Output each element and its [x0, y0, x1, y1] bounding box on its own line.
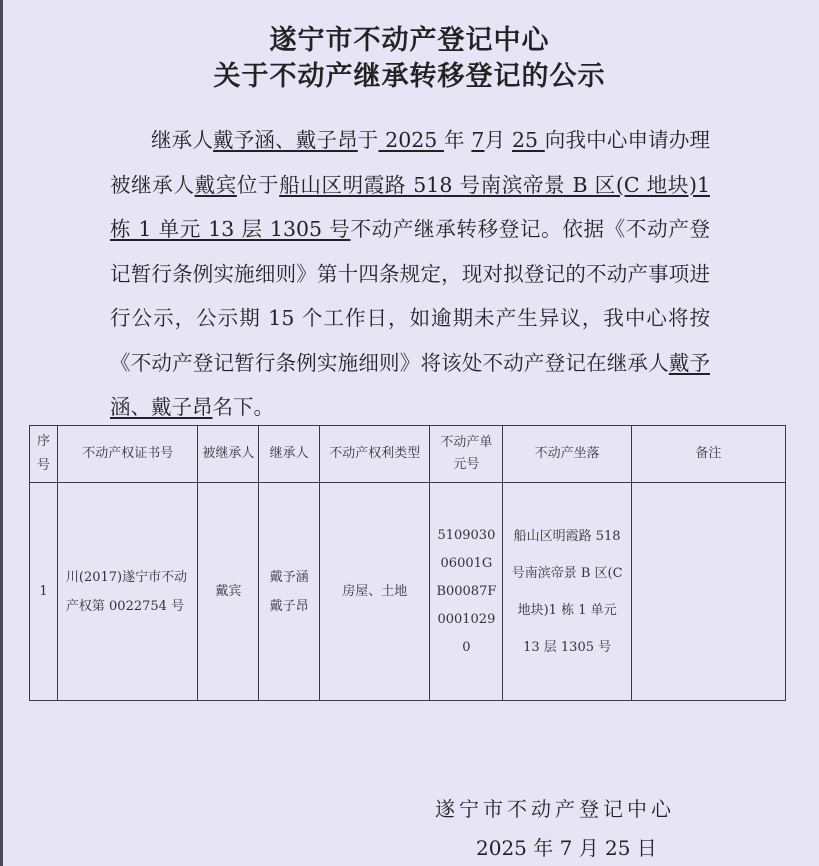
- header-remarks: 备注: [631, 426, 785, 483]
- page-left-edge: [0, 0, 3, 866]
- text-year-unit: 年: [444, 128, 465, 152]
- cell-right-type: 房屋、土地: [319, 483, 429, 701]
- cell-cert-no: 川(2017)遂宁市不动产权第 0022754 号: [57, 483, 198, 701]
- heirs-name: 戴予涵、戴子昂: [213, 128, 358, 152]
- apply-month: 7: [471, 128, 484, 152]
- header-decedent: 被继承人: [198, 426, 259, 483]
- header-location: 不动产坐落: [503, 426, 631, 483]
- apply-year: 2025: [378, 128, 444, 152]
- signature-org: 遂宁市不动产登记中心: [435, 793, 675, 822]
- property-table: 序号 不动产权证书号 被继承人 继承人 不动产权利类型 不动产单元号 不动产坐落…: [29, 425, 786, 701]
- header-cert-no: 不动产权证书号: [57, 426, 198, 483]
- cell-location: 船山区明霞路 518 号南滨帝景 B 区(C 地块)1 栋 1 单元 13 层 …: [503, 483, 631, 701]
- notice-paragraph: 继承人戴予涵、戴子昂于 2025 年 7月 25 向我中心申请办理被继承人戴宾位…: [110, 118, 710, 430]
- header-heir: 继承人: [259, 426, 320, 483]
- decedent-name: 戴宾: [195, 173, 237, 197]
- apply-day: 25: [512, 128, 545, 152]
- cell-remarks: [631, 483, 785, 701]
- header-unit-no: 不动产单元号: [430, 426, 503, 483]
- header-right-type: 不动产权利类型: [319, 426, 429, 483]
- table-row: 1 川(2017)遂宁市不动产权第 0022754 号 戴宾 戴予涵戴子昂 房屋…: [30, 483, 786, 701]
- cell-heirs: 戴予涵戴子昂: [259, 483, 320, 701]
- text-month-unit: 月: [484, 128, 505, 152]
- text-heir-label: 继承人: [151, 128, 213, 152]
- notice-body: 继承人戴予涵、戴子昂于 2025 年 7月 25 向我中心申请办理被继承人戴宾位…: [110, 118, 710, 430]
- text-end: 名下。: [213, 395, 275, 419]
- text-located-at: 位于: [237, 173, 279, 197]
- table-header-row: 序号 不动产权证书号 被继承人 继承人 不动产权利类型 不动产单元号 不动产坐落…: [30, 426, 786, 483]
- header-seq: 序号: [30, 426, 58, 483]
- text-yu: 于: [358, 128, 379, 152]
- cell-decedent: 戴宾: [198, 483, 259, 701]
- document-title: 遂宁市不动产登记中心: [0, 18, 819, 57]
- cell-seq: 1: [30, 483, 58, 701]
- cell-unit-no: 510903006001GB00087F00010290: [430, 483, 503, 701]
- signature-date: 2025 年 7 月 25 日: [476, 832, 657, 861]
- document-subtitle: 关于不动产继承转移登记的公示: [0, 54, 819, 93]
